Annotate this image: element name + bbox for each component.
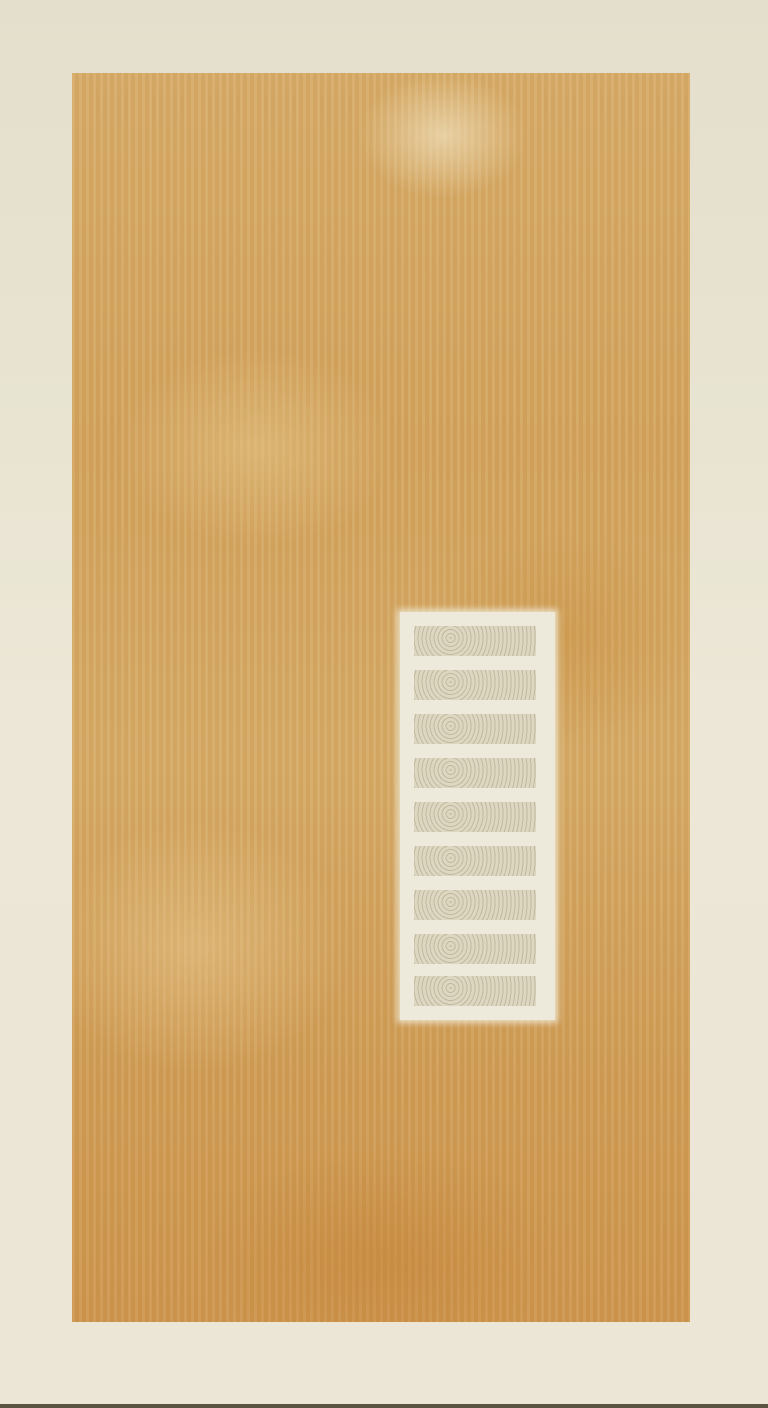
textured-bar [414,890,536,920]
ochre-painted-panel [72,73,690,1322]
textured-bar [414,976,536,1006]
textured-bar [414,714,536,744]
textured-bar [414,846,536,876]
textured-bar [414,934,536,964]
textured-bar [414,758,536,788]
white-inset-rectangle [400,612,555,1020]
bottom-edge [0,1404,768,1408]
textured-bar [414,670,536,700]
textured-bar [414,626,536,656]
textured-bar [414,802,536,832]
